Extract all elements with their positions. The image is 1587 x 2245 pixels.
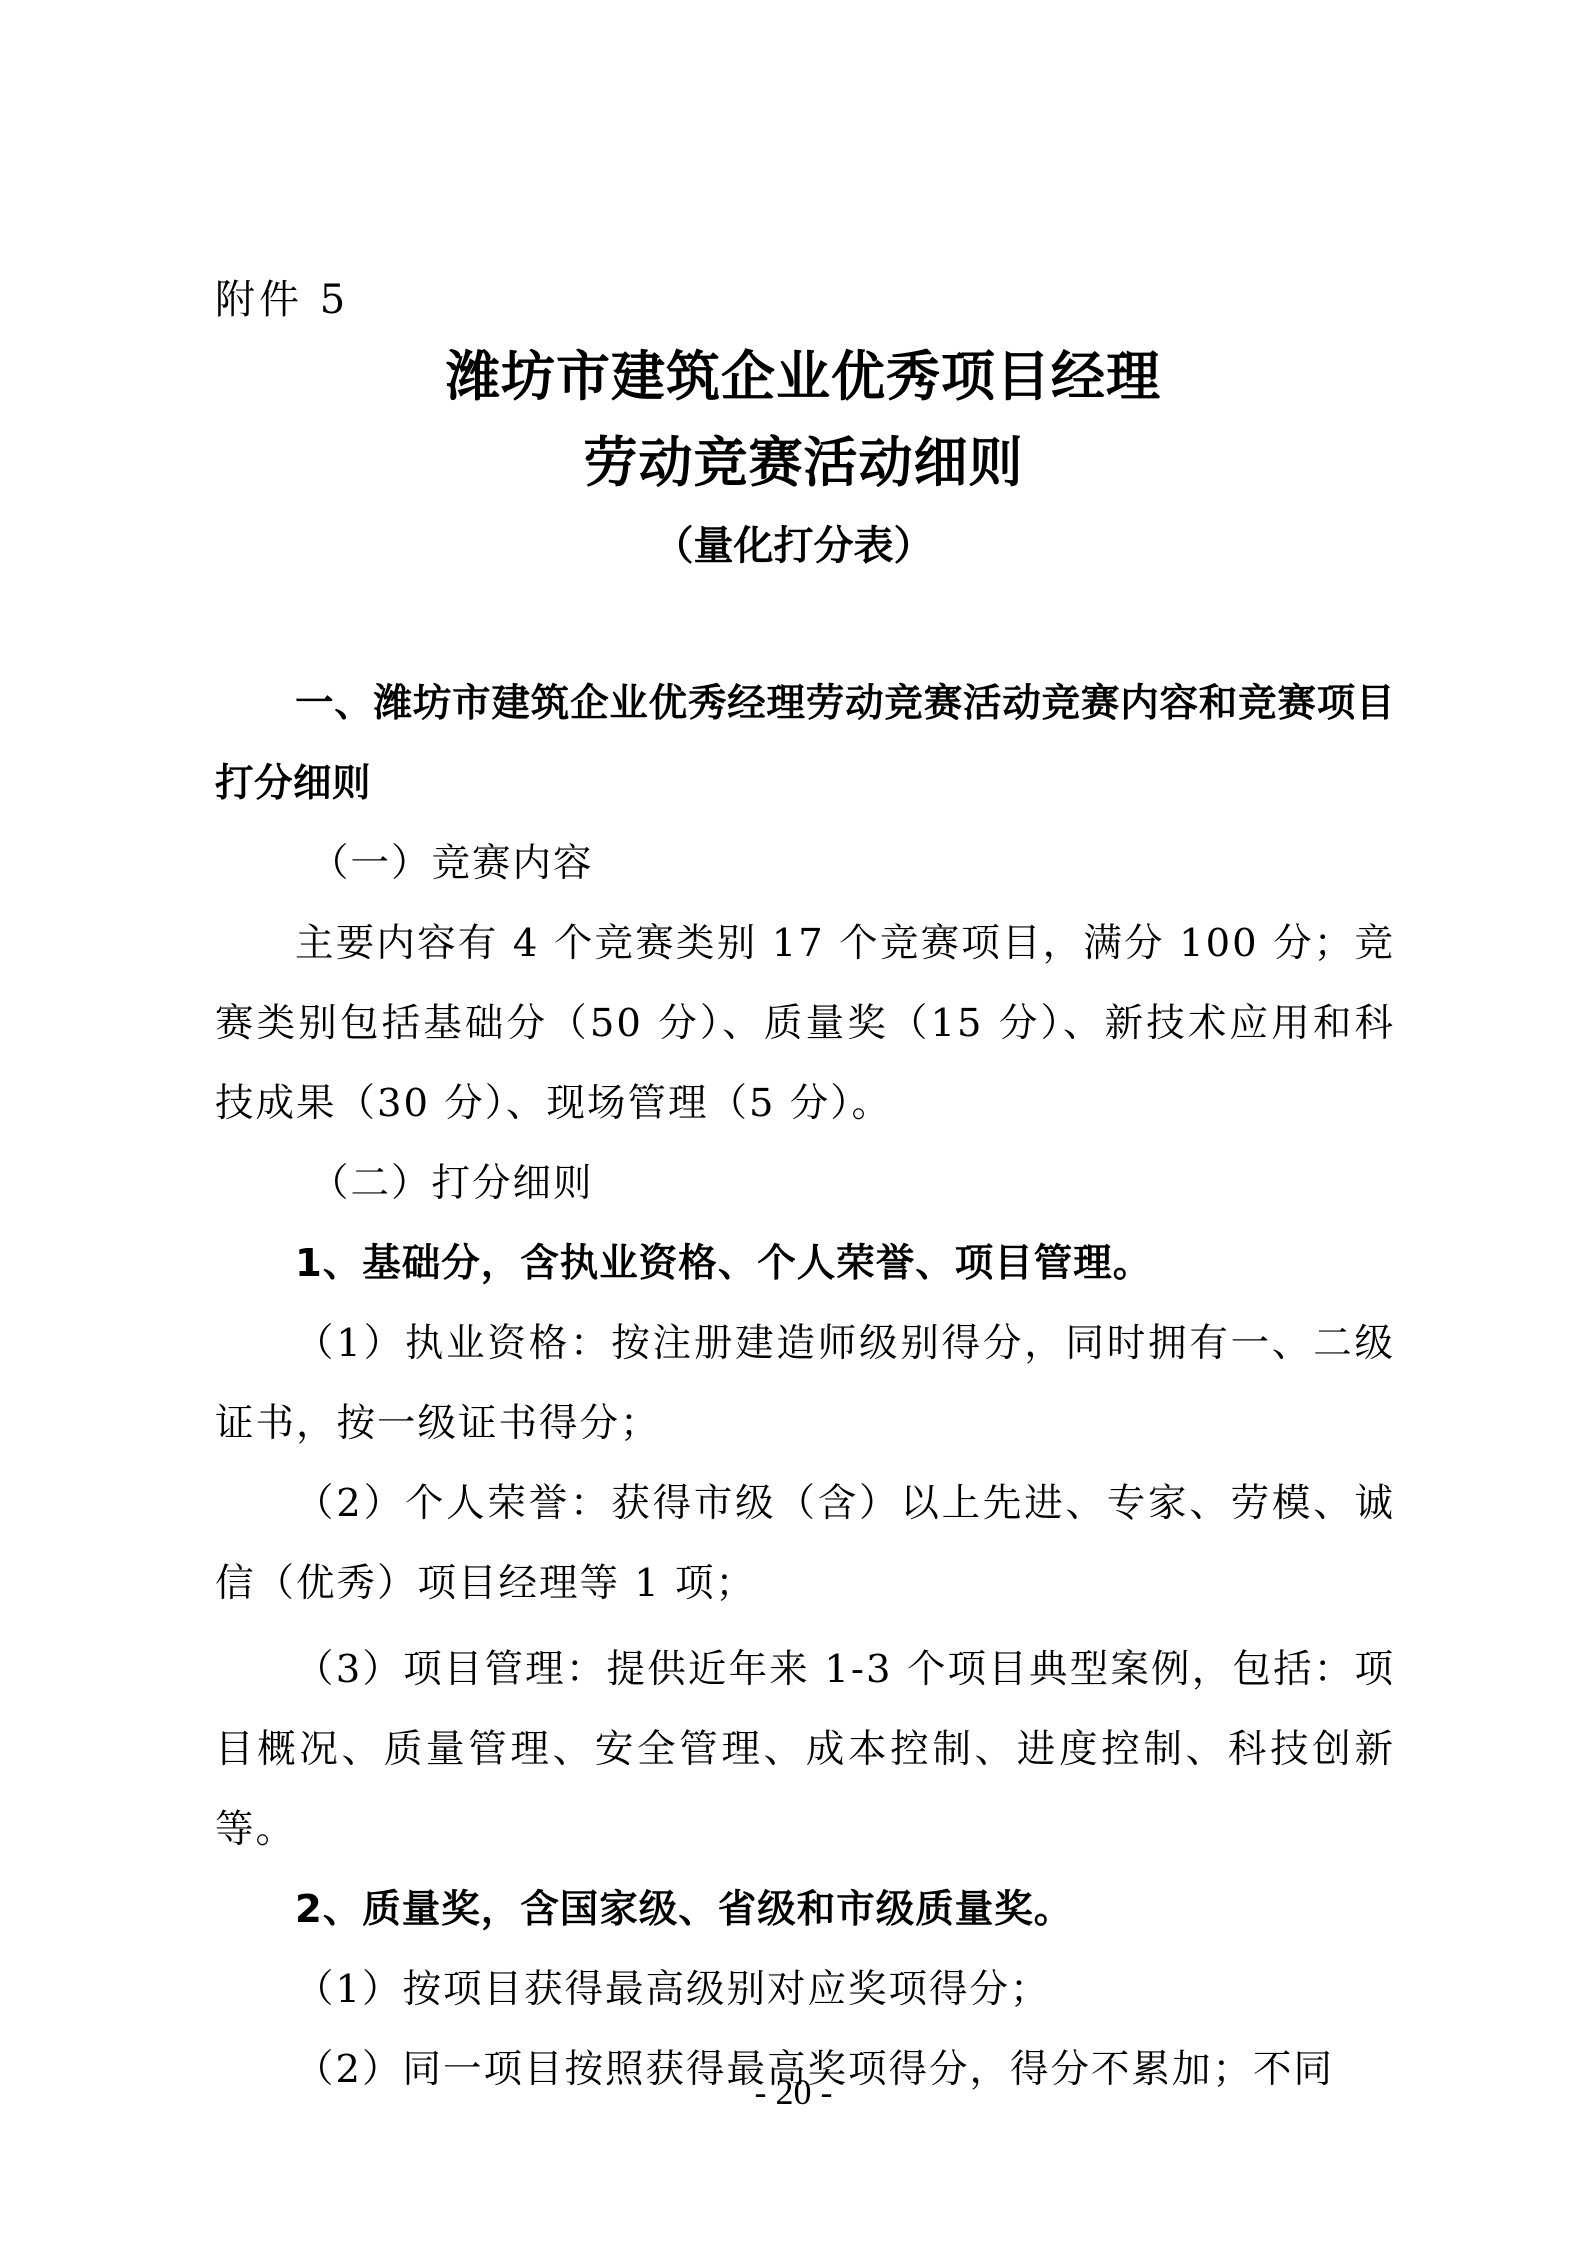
subsection-2-block: （二）打分细则 1、基础分，含执业资格、个人荣誉、项目管理。 （1）执业资格：按… [215, 1144, 1395, 2110]
subsection-1-block: （一）竞赛内容 主要内容有 4 个竞赛类别 17 个竞赛项目，满分 100 分；… [215, 824, 1395, 1144]
document-title-line-1: 潍坊市建筑企业优秀项目经理 [0, 342, 1587, 412]
section-heading-block: 一、潍坊市建筑企业优秀经理劳动竞赛活动竞赛内容和竞赛项目打分细则 [215, 664, 1395, 824]
item-2-heading: 2、质量奖，含国家级、省级和市级质量奖。 [215, 1870, 1395, 1950]
document-subtitle: （量化打分表） [0, 518, 1587, 574]
subsection-1-paragraph: 主要内容有 4 个竞赛类别 17 个竞赛项目，满分 100 分；竞赛类别包括基础… [215, 904, 1395, 1144]
item-1-point-1: （1）执业资格：按注册建造师级别得分，同时拥有一、二级证书，按一级证书得分； [215, 1304, 1395, 1464]
item-1-heading: 1、基础分，含执业资格、个人荣誉、项目管理。 [215, 1224, 1395, 1304]
subsection-1-heading: （一）竞赛内容 [215, 824, 1395, 904]
document-page: 附件 5 潍坊市建筑企业优秀项目经理 劳动竞赛活动细则 （量化打分表） 一、潍坊… [0, 0, 1587, 2245]
item-2-point-1: （1）按项目获得最高级别对应奖项得分； [215, 1950, 1395, 2030]
item-1-point-3: （3）项目管理：提供近年来 1-3 个项目典型案例，包括：项目概况、质量管理、安… [215, 1630, 1395, 1870]
page-number: - 20 - [0, 2070, 1587, 2114]
attachment-label: 附件 5 [215, 275, 349, 325]
item-1-point-2: （2）个人荣誉：获得市级（含）以上先进、专家、劳模、诚信（优秀）项目经理等 1 … [215, 1464, 1395, 1624]
document-title-line-2: 劳动竞赛活动细则 [0, 428, 1587, 498]
subsection-2-heading: （二）打分细则 [215, 1144, 1395, 1224]
section-1-heading: 一、潍坊市建筑企业优秀经理劳动竞赛活动竞赛内容和竞赛项目打分细则 [215, 664, 1395, 824]
